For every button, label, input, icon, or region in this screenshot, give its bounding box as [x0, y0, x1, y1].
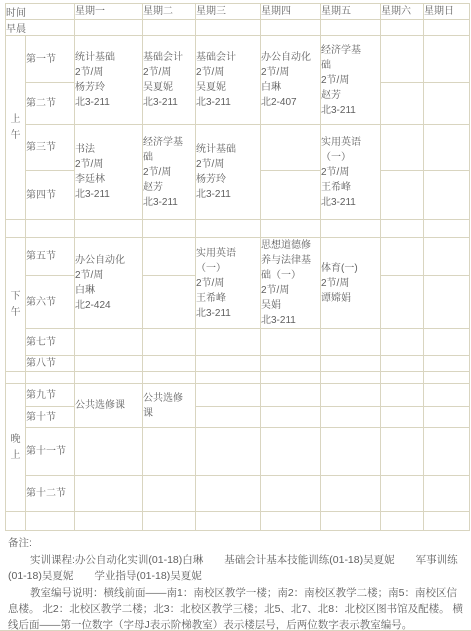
empty-cell [26, 220, 75, 238]
empty-cell [424, 238, 470, 276]
empty-cell [424, 329, 470, 356]
period-label-4: 第四节 [26, 171, 75, 220]
course-cell-thu-5-6: 思想道德修 养与法律基 础（一） 2节/周 吴娟 北3-211 [261, 238, 321, 329]
empty-cell [381, 36, 424, 83]
empty-cell [381, 407, 424, 428]
empty-cell [381, 372, 424, 384]
empty-cell [26, 512, 75, 531]
empty-cell [143, 220, 196, 238]
empty-cell [261, 356, 321, 372]
period-label-7: 第七节 [26, 329, 75, 356]
empty-cell [381, 384, 424, 407]
empty-cell [196, 407, 261, 428]
empty-cell [261, 20, 321, 36]
day-header-sun: 星期日 [424, 4, 470, 20]
empty-cell [261, 125, 321, 171]
empty-cell [321, 512, 381, 531]
empty-cell [143, 20, 196, 36]
course-cell-mon-3-4: 书法 2节/周 李廷林 北3-211 [75, 125, 143, 220]
empty-cell [196, 476, 261, 512]
course-cell-fri-3-4: 实用英语 （一） 2节/周 王希峰 北3-211 [321, 125, 381, 220]
empty-cell [6, 220, 26, 238]
empty-cell [424, 407, 470, 428]
empty-cell [143, 428, 196, 476]
empty-cell [321, 20, 381, 36]
day-header-wed: 星期三 [196, 4, 261, 20]
period-label-11: 第十一节 [26, 428, 75, 476]
empty-cell [424, 276, 470, 329]
empty-cell [143, 372, 196, 384]
course-cell-fri-5-6: 体育(一) 2节/周 谭嫦娟 [321, 238, 381, 329]
empty-cell [143, 512, 196, 531]
empty-cell [143, 329, 196, 356]
notes-section: 备注: 实训课程:办公自动化实训(01-18)白琳 基础会计基本技能训练(01-… [8, 535, 466, 631]
section-label-afternoon: 下午 [6, 238, 26, 372]
section-label-morning: 上午 [6, 36, 26, 220]
empty-cell [424, 428, 470, 476]
empty-cell [75, 476, 143, 512]
empty-cell [381, 428, 424, 476]
empty-cell [75, 329, 143, 356]
notes-training-courses: 实训课程:办公自动化实训(01-18)白琳 基础会计基本技能训练(01-18)吴… [8, 552, 466, 584]
empty-cell [196, 384, 261, 407]
timetable-page: 时间 星期一 星期二 星期三 星期四 星期五 星期六 星期日 早晨 上午 第一节… [0, 0, 471, 631]
empty-cell [261, 384, 321, 407]
period-label-12: 第十二节 [26, 476, 75, 512]
course-cell-wed-1-2: 基础会计 2节/周 吴夏妮 北3-211 [196, 36, 261, 125]
course-cell-wed-5-6: 实用英语 （一） 2节/周 王希峰 北3-211 [196, 238, 261, 329]
empty-cell [321, 428, 381, 476]
empty-cell [381, 512, 424, 531]
empty-cell [424, 384, 470, 407]
empty-cell [321, 407, 381, 428]
empty-cell [196, 428, 261, 476]
empty-cell [75, 372, 143, 384]
empty-cell [261, 329, 321, 356]
period-label-6: 第六节 [26, 276, 75, 329]
empty-cell [75, 220, 143, 238]
empty-cell [381, 220, 424, 238]
course-cell-mon-9-10: 公共选修课 [75, 384, 143, 428]
empty-cell [75, 20, 143, 36]
empty-cell [143, 276, 196, 329]
empty-cell [75, 428, 143, 476]
period-label-9: 第九节 [26, 384, 75, 407]
empty-cell [196, 356, 261, 372]
period-label-8: 第八节 [26, 356, 75, 372]
empty-cell [381, 125, 424, 171]
empty-cell [424, 372, 470, 384]
time-header: 时间 [6, 4, 75, 20]
notes-room-code-legend: 教室编号说明：横线前面——南1：南校区教学一楼；南2：南校区教学二楼；南5：南校… [8, 585, 466, 631]
course-cell-mon-1-2: 统计基础 2节/周 杨芳玲 北3-211 [75, 36, 143, 125]
empty-cell [321, 329, 381, 356]
day-header-fri: 星期五 [321, 4, 381, 20]
empty-cell [261, 407, 321, 428]
empty-cell [321, 220, 381, 238]
empty-cell [321, 384, 381, 407]
empty-cell [424, 125, 470, 171]
empty-cell [196, 329, 261, 356]
empty-cell [261, 428, 321, 476]
empty-cell [381, 356, 424, 372]
empty-cell [424, 36, 470, 83]
period-label-10: 第十节 [26, 407, 75, 428]
empty-cell [321, 476, 381, 512]
empty-cell [143, 476, 196, 512]
course-cell-tue-9-10: 公共选修 课 [143, 384, 196, 428]
empty-cell [196, 372, 261, 384]
course-cell-mon-5-6: 办公自动化 2节/周 白琳 北2-424 [75, 238, 143, 329]
early-morning-label: 早晨 [6, 20, 75, 36]
empty-cell [424, 171, 470, 220]
empty-cell [381, 238, 424, 276]
empty-cell [424, 83, 470, 125]
timetable: 时间 星期一 星期二 星期三 星期四 星期五 星期六 星期日 早晨 上午 第一节… [5, 3, 470, 531]
empty-cell [261, 476, 321, 512]
day-header-thu: 星期四 [261, 4, 321, 20]
course-cell-wed-3-4: 统计基础 2节/周 杨芳玲 北3-211 [196, 125, 261, 220]
course-cell-tue-1-2: 基础会计 2节/周 吴夏妮 北3-211 [143, 36, 196, 125]
empty-cell [75, 512, 143, 531]
day-header-sat: 星期六 [381, 4, 424, 20]
empty-cell [381, 276, 424, 329]
empty-cell [196, 20, 261, 36]
period-label-3: 第三节 [26, 125, 75, 171]
empty-cell [261, 220, 321, 238]
empty-cell [75, 356, 143, 372]
period-label-2: 第二节 [26, 83, 75, 125]
empty-cell [381, 329, 424, 356]
empty-cell [196, 512, 261, 531]
period-label-1: 第一节 [26, 36, 75, 83]
empty-cell [321, 372, 381, 384]
empty-cell [381, 83, 424, 125]
empty-cell [381, 20, 424, 36]
empty-cell [381, 476, 424, 512]
course-cell-fri-1-2: 经济学基 础 2节/周 赵芳 北3-211 [321, 36, 381, 125]
empty-cell [6, 372, 26, 384]
course-cell-thu-1-2: 办公自动化 2节/周 白琳 北2-407 [261, 36, 321, 125]
empty-cell [261, 171, 321, 220]
empty-cell [424, 476, 470, 512]
empty-cell [261, 372, 321, 384]
period-label-5: 第五节 [26, 238, 75, 276]
day-header-tue: 星期二 [143, 4, 196, 20]
empty-cell [321, 356, 381, 372]
empty-cell [143, 356, 196, 372]
empty-cell [196, 220, 261, 238]
empty-cell [261, 512, 321, 531]
empty-cell [143, 238, 196, 276]
day-header-mon: 星期一 [75, 4, 143, 20]
empty-cell [6, 512, 26, 531]
section-label-evening: 晚上 [6, 384, 26, 512]
course-cell-tue-3-4: 经济学基 础 2节/周 赵芳 北3-211 [143, 125, 196, 220]
empty-cell [424, 356, 470, 372]
empty-cell [381, 171, 424, 220]
empty-cell [424, 512, 470, 531]
empty-cell [26, 372, 75, 384]
notes-title: 备注: [8, 535, 466, 551]
empty-cell [424, 20, 470, 36]
empty-cell [424, 220, 470, 238]
